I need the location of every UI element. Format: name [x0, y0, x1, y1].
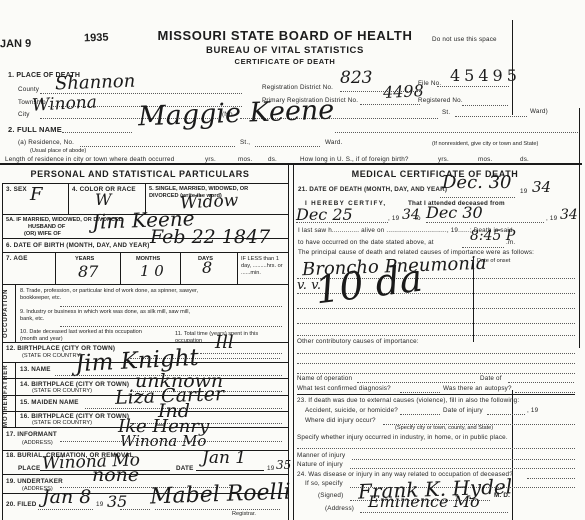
residence-st-label: St., — [240, 139, 250, 146]
attended-to-entry: Dec 30 — [426, 203, 483, 222]
wife-of-label: (OR) WIFE OF — [24, 231, 61, 237]
do-not-use-note: Do not use this space — [432, 36, 497, 43]
dotted-rule — [357, 381, 475, 383]
mos-label: mos. — [238, 156, 252, 163]
burial-date-label: DATE — [176, 465, 193, 472]
dotted-rule — [296, 221, 388, 223]
autopsy-label: Was there an autopsy? — [443, 385, 512, 392]
section-divider-rule — [0, 163, 582, 165]
dotted-rule — [400, 413, 440, 415]
received-date-stamp-day: JAN 9 — [0, 38, 31, 51]
dotted-rule — [462, 246, 504, 248]
ward-label: Ward) — [530, 108, 548, 115]
last-worked-label: 10. Date deceased last worked at this oc… — [20, 329, 160, 343]
to-label: to — [415, 215, 421, 222]
file-number: 45495 — [450, 66, 521, 85]
row-rule — [2, 252, 288, 253]
yrs2-label: yrs. — [438, 156, 449, 163]
mother-birthplace-label: 16. BIRTHPLACE (CITY OR TOWN) — [20, 413, 129, 420]
abode-note: (Usual place of abode) — [30, 148, 86, 154]
date-of-birth-entry: Feb 22 1847 — [150, 226, 270, 248]
dotted-rule — [297, 322, 575, 324]
external-causes-label: 23. If death was due to external causes … — [297, 397, 519, 404]
dotted-rule — [62, 131, 132, 133]
dotted-rule — [462, 104, 508, 106]
yrs-label: yrs. — [205, 156, 216, 163]
dotted-rule — [508, 381, 574, 383]
father-birthplace-label: 14. BIRTHPLACE (CITY OR TOWN) — [20, 381, 129, 388]
father-birthplace-sub-label: (STATE OR COUNTRY) — [32, 388, 92, 394]
dotted-rule — [297, 447, 575, 449]
received-date-stamp-year: 1935 — [84, 32, 109, 45]
cell-rule — [180, 252, 181, 284]
md-label: M. D. — [494, 492, 510, 499]
rule — [196, 470, 264, 471]
nonresident-note: (If nonresident, give city or town and S… — [432, 141, 538, 147]
cell-rule — [55, 252, 56, 284]
how-long-us-label: How long in U. S., if of foreign birth? — [300, 156, 409, 163]
medical-section-title: MEDICAL CERTIFICATE OF DEATH — [300, 169, 570, 179]
registrar-signature: Mabel Roelli — [150, 480, 292, 510]
date-of-death-label: 21. DATE OF DEATH (MONTH, DAY, AND YEAR) — [298, 186, 447, 193]
personal-section-title: PERSONAL AND STATISTICAL PARTICULARS — [10, 169, 270, 179]
cell-rule — [68, 183, 69, 214]
cell-rule — [120, 252, 121, 284]
dotted-rule — [200, 352, 282, 354]
nature-injury-label: Nature of injury — [297, 461, 343, 468]
dotted-rule — [426, 221, 544, 223]
dotted-rule — [80, 145, 235, 147]
birthplace-sub-label: (STATE OR COUNTRY) — [22, 353, 82, 359]
dotted-rule — [155, 508, 280, 510]
row-rule — [2, 284, 288, 285]
undertaker-entry: none — [92, 464, 139, 486]
dotted-rule — [335, 131, 578, 133]
father-name-label: 13. NAME — [20, 366, 51, 373]
board-title: MISSOURI STATE BOARD OF HEALTH — [145, 28, 425, 43]
cell-rule — [237, 252, 238, 284]
injury-date-label: Date of injury — [443, 407, 483, 414]
age-days-entry: 8 — [202, 258, 212, 277]
bureau-subtitle: BUREAU OF VITAL STATISTICS — [145, 45, 425, 56]
dotted-rule — [297, 362, 575, 364]
dotted-rule — [60, 325, 282, 327]
dotted-rule — [297, 334, 575, 336]
occupation-side-label: OCCUPATION — [3, 290, 9, 338]
sex-label: 3. SEX — [6, 186, 27, 193]
filed-date-entry: Jan 8 — [42, 486, 91, 508]
side-strip-rule — [15, 284, 16, 342]
specify-city-note: (Specify city or town, county, and State… — [395, 425, 493, 431]
certificate-subtitle: CERTIFICATE OF DEATH — [145, 57, 425, 66]
burial-place-label: PLACE — [18, 465, 40, 472]
dotted-rule — [255, 145, 320, 147]
informant-address-label: (ADDRESS) — [22, 440, 53, 446]
burial-year-entry: 35 — [276, 458, 291, 472]
scan-edge-rule — [579, 108, 580, 348]
informant-label: 17. INFORMANT — [6, 431, 57, 438]
full-name-entry: Maggie Keene — [138, 95, 335, 133]
test-label: What test confirmed diagnosis? — [297, 385, 391, 392]
operation-label: Name of operation — [297, 375, 352, 382]
registrar-label: Registrar. — [232, 511, 256, 517]
dotted-rule — [120, 508, 150, 510]
dotted-rule — [60, 305, 282, 307]
from-year-printed: , 19 — [388, 215, 399, 222]
time-m-label: .m. — [506, 239, 515, 246]
color-race-entry: W — [95, 190, 111, 209]
burial-date-entry: Jan 1 — [202, 448, 246, 468]
age-label: 7. AGE — [6, 255, 28, 262]
dotted-rule — [297, 372, 575, 374]
physician-address-entry: Eminence Mo — [368, 492, 480, 511]
age-months-entry: 1 0 — [140, 262, 164, 280]
burial-year-printed: 19 — [267, 465, 274, 472]
mother-birthplace-sub-label: (STATE OR COUNTRY) — [32, 420, 92, 426]
mos2-label: mos. — [478, 156, 492, 163]
manner-injury-label: Manner of injury — [297, 452, 345, 459]
if-so-specify-label: If so, specify — [305, 480, 343, 487]
to-year-entry: 34 — [560, 207, 578, 223]
mother-side-label: MOTHER — [3, 397, 9, 427]
dotted-rule — [455, 115, 527, 117]
dotted-rule — [487, 413, 525, 415]
ds2-label: ds. — [520, 156, 529, 163]
specify-where-note: Specify whether injury occurred in indus… — [297, 434, 508, 441]
birthplace-entry: Ill — [215, 332, 234, 353]
occurred-label: to have occurred on the date stated abov… — [298, 239, 434, 246]
county-entry: Shannon — [55, 71, 136, 95]
dotted-rule — [440, 196, 515, 198]
rule — [297, 394, 575, 395]
length-residence-label: Length of residence in city or town wher… — [5, 156, 174, 163]
dotted-rule — [352, 458, 575, 460]
dotted-rule — [38, 508, 93, 510]
informant-address-entry: Winona Mo — [120, 432, 206, 450]
operation-date-label: Date of — [480, 375, 502, 382]
county-label: County — [18, 86, 39, 93]
filed-year-printed: 19 — [96, 501, 103, 508]
accident-label: Accident, suicide, or homicide? — [305, 407, 398, 414]
primary-registration-entry: 4498 — [383, 81, 425, 102]
injury-year-label: , 19 — [527, 407, 538, 414]
row-rule — [2, 474, 288, 475]
undertaker-label: 19. UNDERTAKER — [6, 478, 63, 485]
date-of-death-entry: Dec. 30 — [442, 172, 512, 193]
city-label: City — [18, 111, 30, 118]
signed-label: (Signed) — [318, 492, 343, 499]
death-certificate-scan: JAN 9 1935 MISSOURI STATE BOARD OF HEALT… — [0, 0, 585, 520]
side-strip-rule — [15, 362, 16, 427]
dod-year-entry: 34 — [532, 178, 551, 196]
registered-no-label: Registered No. — [418, 97, 463, 104]
residence-label: (a) Residence, No. — [18, 139, 74, 146]
dotted-rule — [527, 477, 575, 479]
father-side-label: FATHER — [3, 364, 9, 394]
ds-label: ds. — [268, 156, 277, 163]
dotted-rule — [437, 85, 509, 87]
right-margin-rule — [512, 390, 513, 520]
dotted-rule — [400, 391, 440, 393]
left-edge-rule — [2, 183, 3, 520]
husband-of-label: HUSBAND OF — [28, 224, 65, 230]
mother-maiden-label: 15. MAIDEN NAME — [20, 399, 79, 406]
dotted-rule — [360, 103, 420, 105]
dod-year-printed: 19 — [520, 188, 527, 195]
residence-ward-label: Ward. — [325, 139, 343, 146]
full-name-label: 2. FULL NAME — [8, 125, 62, 134]
filed-label: 20. FILED — [6, 501, 37, 508]
to-year-printed: , 19 — [546, 215, 557, 222]
city-entry: Winona — [32, 92, 98, 115]
sex-entry: F — [30, 184, 43, 205]
where-injury-label: Where did injury occur? — [305, 417, 376, 424]
date-of-birth-label: 6. DATE OF BIRTH (MONTH, DAY, AND YEAR) — [6, 242, 150, 249]
if-less-than-day-label: IF LESS than 1 day, .........hrs. or ...… — [241, 256, 286, 277]
occupation-industry-label: 9. Industry or business in which work wa… — [20, 309, 200, 323]
column-divider-rule — [293, 163, 294, 520]
dotted-rule — [297, 352, 575, 354]
registration-district-entry: 823 — [340, 68, 372, 88]
occupation-trade-label: 8. Trade, profession, or particular kind… — [20, 288, 200, 302]
dotted-rule — [360, 511, 508, 513]
row-rule — [2, 411, 288, 412]
dotted-rule — [515, 391, 575, 393]
dotted-rule — [350, 467, 575, 469]
physician-address-label: (Address) — [325, 505, 354, 512]
street-label: St. — [442, 109, 450, 116]
registration-district-label: Registration District No. — [262, 84, 333, 91]
age-years-entry: 87 — [78, 262, 98, 281]
contributory-label: Other contributory causes of importance: — [297, 338, 419, 345]
